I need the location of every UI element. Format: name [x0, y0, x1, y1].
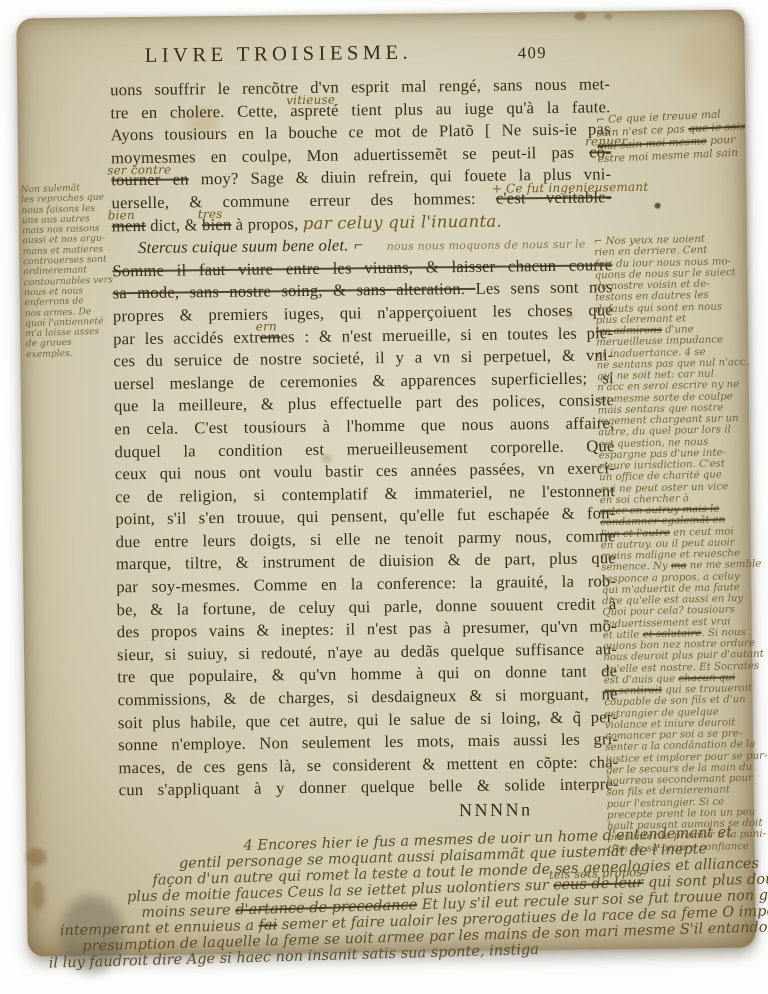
interlinear-correction: ern: [256, 315, 277, 338]
interlinear-correction: tels sots propos: [549, 865, 643, 884]
interlinear-correction: ser contre: [107, 159, 171, 182]
page-number: 409: [518, 43, 547, 63]
text-line: exemples.: [26, 347, 114, 360]
paper-stain: [604, 13, 612, 19]
interlinear-correction: bien: [108, 204, 135, 227]
printed-text-block: uons souffrir le rencõtre d'vn esprit ma…: [110, 73, 619, 802]
bottom-margin-annotation: 4 Encores hier ie fus a mesmes de uoir u…: [35, 824, 754, 972]
running-header-title: LIVRE TROISIESME.: [145, 42, 413, 68]
paper-stain: [655, 203, 661, 209]
right-margin-annotation-main: ⌐ Nos yeux ne uoientrien en derriere. Ce…: [594, 232, 768, 854]
paper-stain: [574, 12, 586, 21]
scanned-book-photo: LIVRE TROISIESME. 409 uons souffrir le r…: [0, 0, 768, 994]
interlinear-correction: vitieuse: [286, 89, 335, 112]
signature-mark: NNNNn: [459, 799, 533, 821]
book-page: LIVRE TROISIESME. 409 uons souffrir le r…: [16, 10, 755, 957]
text-line: cun s'appliquant à y donner quelque bell…: [119, 774, 619, 803]
left-margin-annotation: Non sulemãtles reproches quenous faisons…: [21, 182, 115, 360]
interlinear-correction: + Ce fut ingenieusemant: [492, 175, 649, 200]
right-margin-annotation-top: ⌐ Ce que ie treuue malsain n'est ce pas …: [596, 106, 768, 166]
interlinear-correction: tres: [198, 203, 223, 226]
paper-stain: [676, 30, 747, 91]
